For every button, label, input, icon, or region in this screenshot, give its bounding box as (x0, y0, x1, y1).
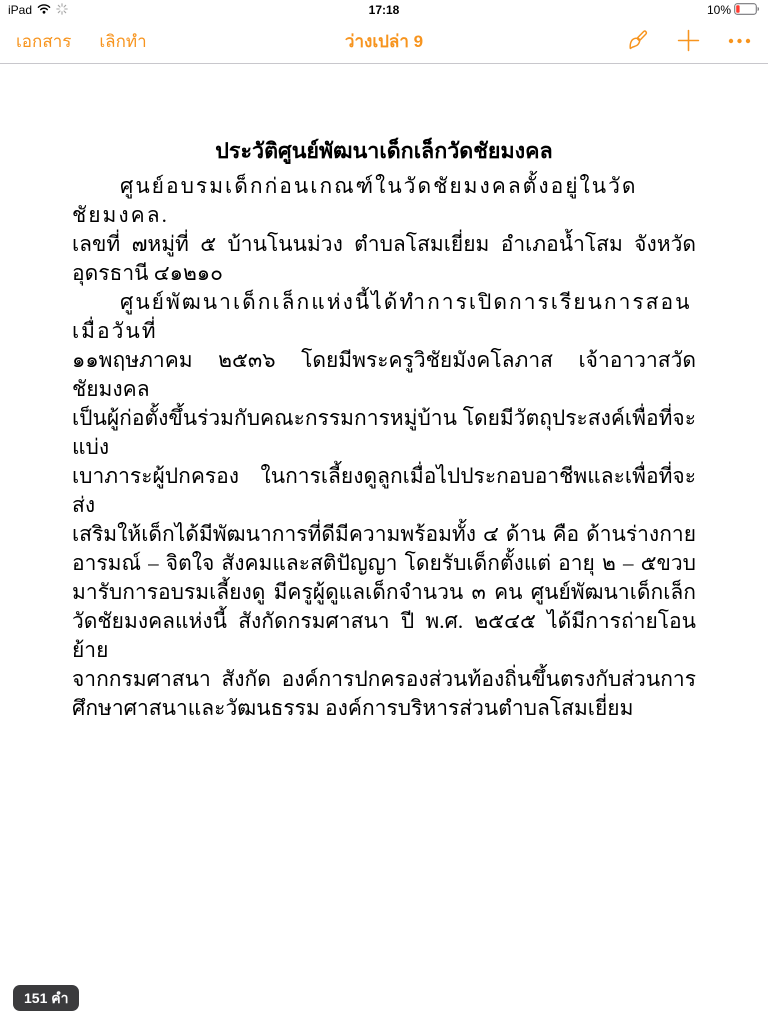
document-text-line: เลขที่ ๗หมู่ที่ ๕ บ้านโนนม่วง ตำบลโสมเยี… (72, 230, 696, 259)
status-clock: 17:18 (0, 3, 768, 17)
document-text-line: อุดรธานี ๔๑๒๑๐ (72, 259, 696, 288)
toolbar: เอกสาร เลิกทำ ว่างเปล่า 9 (0, 20, 768, 64)
format-brush-button[interactable] (625, 28, 650, 56)
paintbrush-icon (625, 28, 650, 56)
undo-button[interactable]: เลิกทำ (99, 33, 146, 50)
document-text-line: อารมณ์ – จิตใจ สังคมและสติปัญญา โดยรับเด… (72, 549, 696, 578)
document-text-line: ๑๑พฤษภาคม ๒๕๓๖ โดยมีพระครูวิชัยมังคโลภาส… (72, 346, 696, 404)
document-heading: ประวัติศูนย์พัฒนาเด็กเล็กวัดชัยมงคล (72, 136, 696, 166)
document-text-line: ศึกษาศาสนาและวัฒนธรรม องค์การบริหารส่วนต… (72, 694, 696, 723)
ellipsis-icon (727, 34, 752, 49)
add-button[interactable] (677, 29, 700, 55)
document-text-line: เบาภาระผู้ปกครอง ในการเลี้ยงดูลูกเมื่อไป… (72, 462, 696, 520)
document-text-line: ศูนย์พัฒนาเด็กเล็กแห่งนี้ได้ทำการเปิดการ… (72, 288, 696, 346)
document-text-line: เสริมให้เด็กได้มีพัฒนาการที่ดีมีความพร้อ… (72, 520, 696, 549)
document-text-line: วัดชัยมงคลแห่งนี้ สังกัดกรมศาสนา ปี พ.ศ.… (72, 607, 696, 665)
document-text-line: จากกรมศาสนา สังกัด องค์การปกครองส่วนท้อง… (72, 665, 696, 694)
plus-icon (677, 29, 700, 55)
document-body[interactable]: ประวัติศูนย์พัฒนาเด็กเล็กวัดชัยมงคล ศูนย… (0, 64, 768, 723)
status-bar: iPad 17:18 (0, 0, 768, 20)
documents-button[interactable]: เอกสาร (16, 33, 71, 50)
document-text-line: มารับการอบรมเลี้ยงดู มีครูผู้ดูแลเด็กจำน… (72, 578, 696, 607)
document-text-line: ศูนย์อบรมเด็กก่อนเกณฑ์ในวัดชัยมงคลตั้งอย… (72, 172, 696, 230)
document-text-line: เป็นผู้ก่อตั้งขึ้นร่วมกับคณะกรรมการหมู่บ… (72, 404, 696, 462)
more-button[interactable] (727, 34, 752, 49)
word-count-badge[interactable]: 151 คำ (13, 985, 79, 1011)
